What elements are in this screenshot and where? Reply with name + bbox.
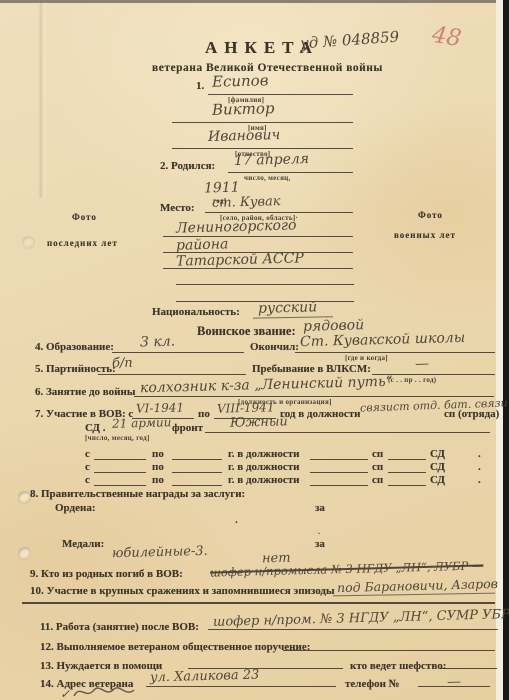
field-8-medals-value: юбилейные-3. [112, 544, 208, 562]
ruled-line [388, 459, 426, 460]
row-sp-label: сп [372, 474, 383, 486]
field-1-surname-value: Есипов [212, 71, 269, 90]
field-7-army-value: 21 армии [112, 415, 172, 431]
ruled-line [310, 459, 368, 460]
field-5-komsomol-sublabel: (с . . пр . . год) [388, 376, 436, 384]
field-2-date-sublabel: число, месяц, [244, 174, 291, 182]
ruled-line [208, 629, 498, 630]
section-divider-line [22, 602, 495, 604]
ruled-line [205, 212, 353, 213]
field-8-awards-label: 8. Правительственные награды за заслуги: [30, 488, 245, 500]
field-2-place-line4: Татарской АССР [176, 250, 304, 269]
ruled-line [172, 472, 222, 473]
ruled-line [176, 284, 354, 285]
punch-hole [18, 547, 31, 560]
field-7-sp-label: сп (отряда) [444, 408, 499, 420]
field-8-medals-label: Медали: [62, 538, 104, 550]
row-po-label: по [152, 461, 164, 473]
field-8-dot: . [235, 514, 238, 526]
field-2-place-line2: Лениногорского [176, 217, 297, 236]
service-row: с по г. в должности сп СД . [0, 474, 509, 488]
field-7-sd-label: СД . [85, 422, 105, 434]
field-9-relatives-label: 9. Кто из родных погиб в ВОВ: [30, 568, 183, 580]
field-11-postwar-work-value: шофер н/пром. № 3 НГДУ „ЛН“, СУМР УБР [213, 607, 509, 630]
ruled-line [295, 352, 495, 353]
punch-hole [22, 236, 35, 249]
ruled-line [94, 459, 146, 460]
service-row: с по г. в должности сп СД . [0, 448, 509, 462]
ruled-line [310, 472, 368, 473]
field-7-front-label: фронт [172, 422, 203, 434]
row-po-label: по [152, 474, 164, 486]
row-c-label: с [85, 474, 90, 486]
field-7-position-label: год в должности [280, 408, 360, 420]
field-14-address-value: ул. Халикова 23 [150, 668, 260, 686]
ruled-line [163, 268, 353, 269]
ruled-line [172, 122, 353, 123]
row-sd-label: СД [430, 474, 445, 486]
row-dot: . [478, 461, 481, 473]
field-4-graduated-sublabel: [где и когда] [345, 354, 388, 362]
field-6-prewar-occupation-value: колхозник к-за „Ленинский путь“ [140, 374, 393, 397]
ruled-line [388, 472, 426, 473]
field-13-patronage-label: кто ведет шефство: [350, 660, 446, 672]
field-2-place-value: ст. Кувак [212, 194, 281, 211]
ruled-line [172, 459, 222, 460]
photo-right-label-2: военных лет [394, 230, 456, 240]
field-8-za2-label: за [315, 538, 325, 550]
field-4-education-value: 3 кл. [140, 334, 176, 351]
scan-edge-margin [496, 0, 503, 700]
row-sp-label: сп [372, 461, 383, 473]
ruled-line [172, 148, 353, 149]
paper-crease [38, 3, 47, 198]
field-1-patronymic-value: Иванович [208, 127, 281, 145]
ruled-line [94, 485, 146, 486]
ruled-line [134, 396, 494, 397]
ruled-line [418, 686, 490, 687]
nationality-label: Национальность: [152, 306, 240, 318]
field-8-small-dot: . [318, 527, 320, 536]
field-8-za-label: за [315, 502, 325, 514]
field-7-po-label: по [198, 408, 210, 420]
field-2-birthdate-value: 17 апреля [234, 151, 309, 169]
ruled-line [388, 485, 426, 486]
field-2-place-label: Место: [160, 202, 195, 214]
field-7-front-value: Южный [230, 414, 288, 431]
field-5-komsomol-label: Пребывание в ВЛКСМ: [252, 363, 371, 375]
ruled-line [205, 432, 490, 433]
field-4-education-label: 4. Образование: [35, 341, 114, 353]
field-4-graduated-label: Окончил: [250, 341, 299, 353]
ruled-line [228, 172, 353, 173]
field-11-postwar-work-label: 11. Работа (занятие) после ВОВ: [40, 621, 199, 633]
field-7-from-value: VI-1941 [136, 400, 184, 415]
row-dot: . [478, 448, 481, 460]
corner-number-red-pencil: 48 [430, 22, 463, 52]
photo-left-label-1: Фото [72, 212, 97, 222]
scan-edge-right [503, 0, 509, 700]
field-13-needs-help-label: 13. Нуждается в помощи [40, 660, 162, 672]
field-1-number: 1. [196, 80, 204, 92]
row-sd-label: СД [430, 448, 445, 460]
field-4-graduated-value: Ст. Кувакской школы [300, 330, 466, 350]
scan-edge-top [0, 0, 509, 3]
photo-right-label-1: Фото [418, 210, 443, 220]
field-5-party-value: б/п [112, 356, 133, 372]
service-row: с по г. в должности сп СД . [0, 461, 509, 475]
field-7-to-value: VIII-1941 [217, 400, 275, 415]
row-po-label: по [152, 448, 164, 460]
signature-scribble [72, 682, 142, 700]
ruled-line [440, 668, 497, 669]
ruled-line [310, 485, 368, 486]
field-12-public-duty-label: 12. Выполняемое ветераном общественное п… [40, 641, 310, 653]
row-sd-label: СД [430, 461, 445, 473]
row-c-label: с [85, 448, 90, 460]
ruled-line [172, 485, 222, 486]
field-8-orders-label: Ордена: [55, 502, 95, 514]
field-6-prewar-occupation-label: 6. Занятие до войны [35, 386, 135, 398]
photo-left-label-2: последних лет [47, 238, 118, 248]
scanned-form-page: АНКЕТА уд № 048859 48 ветерана Великой О… [0, 0, 509, 700]
row-dot: . [478, 474, 481, 486]
row-position-label: г. в должности [228, 448, 299, 460]
ruled-line [98, 374, 246, 375]
field-14-phone-value: — [447, 674, 461, 690]
ruled-line [112, 352, 244, 353]
military-rank-label: Воинское звание: [197, 324, 296, 339]
row-position-label: г. в должности [228, 474, 299, 486]
row-sp-label: сп [372, 448, 383, 460]
nationality-value: русский [258, 299, 318, 317]
field-2-label: 2. Родился: [160, 160, 215, 172]
checkmark: ✓ [60, 687, 70, 700]
ruled-line [94, 472, 146, 473]
ruled-line [208, 94, 353, 95]
field-1-name-value: Виктор [212, 99, 275, 119]
row-position-label: г. в должности [228, 461, 299, 473]
row-c-label: с [85, 461, 90, 473]
ruled-line [283, 650, 495, 651]
field-10-battles-label: 10. Участие в крупных сражениях и запомн… [30, 585, 335, 597]
field-2-birthyear-value: 1911 [204, 180, 240, 197]
document-number-handwritten: уд № 048859 [299, 28, 399, 53]
field-14-phone-label: телефон № [345, 678, 400, 690]
field-7-date-sublabel: [число, месяц, год] [85, 434, 150, 442]
ruled-line [146, 686, 336, 687]
field-5-komsomol-value: — [415, 356, 429, 372]
